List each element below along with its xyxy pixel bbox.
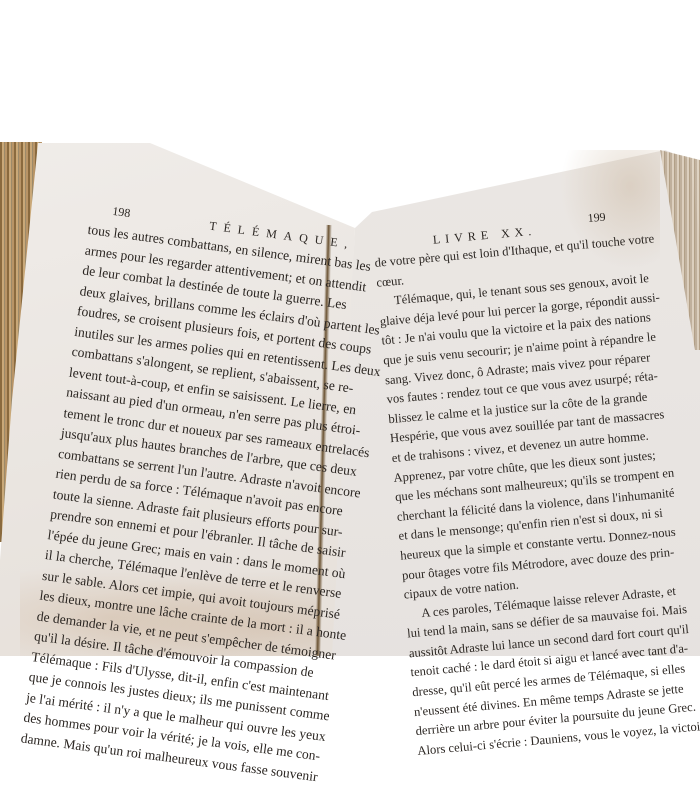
right-page-text: LIVRE XX. 199 de votre père qui est loin…	[372, 206, 700, 761]
page-number: 198	[111, 201, 132, 224]
book-photo: 198 TÉLÉMAQUE, tous les autres combattan…	[0, 0, 700, 800]
page-number: 199	[587, 208, 607, 229]
